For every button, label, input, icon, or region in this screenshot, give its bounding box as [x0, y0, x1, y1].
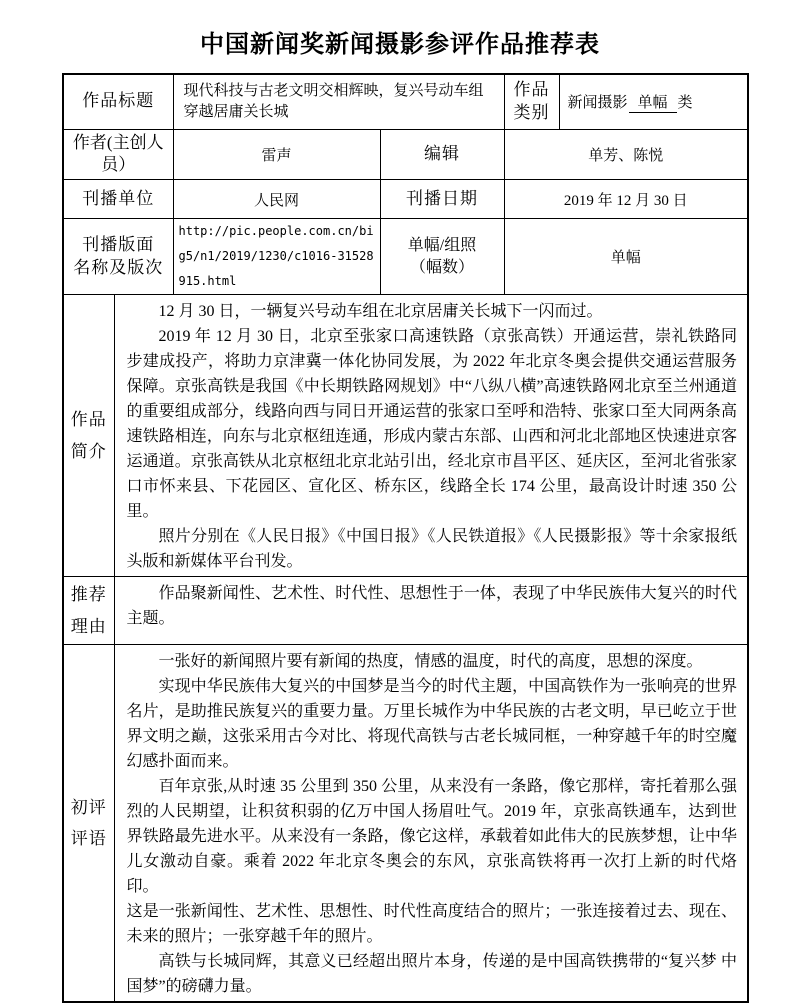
intro-paragraph: 2019 年 12 月 30 日，北京至张家口高速铁路（京张高铁）开通运营，崇礼… — [127, 324, 738, 524]
row-work-intro: 作品 简介 12 月 30 日，一辆复兴号动车组在北京居庸关长城下一闪而过。 2… — [63, 295, 748, 577]
field-label-author: 作者(主创人 员） — [63, 129, 173, 180]
field-label-work-intro: 作品 简介 — [63, 295, 114, 577]
field-value-recommend-reason: 作品聚新闻性、艺术性、时代性、思想性于一体，表现了中华民族伟大复兴的时代主题。 — [114, 577, 748, 645]
reason-paragraph: 作品聚新闻性、艺术性、时代性、思想性于一体，表现了中华民族伟大复兴的时代主题。 — [127, 581, 738, 631]
field-label-recommend-reason: 推荐 理由 — [63, 577, 114, 645]
row-publisher: 刊播单位 人民网 刊播日期 2019 年 12 月 30 日 — [63, 180, 748, 219]
field-value-publisher: 人民网 — [173, 180, 380, 219]
review-paragraph: 一张好的新闻照片要有新闻的热度，情感的温度，时代的高度，思想的深度。 — [127, 649, 738, 674]
field-value-category: 新闻摄影单幅类 — [559, 74, 748, 129]
category-prefix: 新闻摄影 — [568, 95, 628, 111]
field-value-work-intro: 12 月 30 日，一辆复兴号动车组在北京居庸关长城下一闪而过。 2019 年 … — [114, 295, 748, 577]
field-label-frame-count: 单幅/组照 （幅数） — [380, 219, 504, 295]
field-value-frame-count: 单幅 — [504, 219, 748, 295]
field-value-author: 雷声 — [173, 129, 380, 180]
intro-paragraph: 12 月 30 日，一辆复兴号动车组在北京居庸关长城下一闪而过。 — [127, 299, 738, 324]
field-label-publisher: 刊播单位 — [63, 180, 173, 219]
category-underlined-value: 单幅 — [629, 91, 677, 113]
review-paragraph: 百年京张,从时速 35 公里到 350 公里，从来没有一条路，像它那样，寄托着那… — [127, 774, 738, 899]
field-value-work-title: 现代科技与古老文明交相辉映，复兴号动车组穿越居庸关长城 — [173, 74, 504, 129]
field-value-page-url: http://pic.people.com.cn/big5/n1/2019/12… — [173, 219, 380, 295]
field-value-editor: 单芳、陈悦 — [504, 129, 748, 180]
review-paragraph: 高铁与长城同辉，其意义已经超出照片本身，传递的是中国高铁携带的“复兴梦 中国梦”… — [127, 949, 738, 999]
field-label-initial-review: 初评 评语 — [63, 645, 114, 1003]
row-publish-page: 刊播版面 名称及版次 http://pic.people.com.cn/big5… — [63, 219, 748, 295]
recommendation-form-table: 作品标题 现代科技与古老文明交相辉映，复兴号动车组穿越居庸关长城 作品 类别 新… — [62, 73, 749, 1003]
field-value-initial-review: 一张好的新闻照片要有新闻的热度，情感的温度，时代的高度，思想的深度。 实现中华民… — [114, 645, 748, 1003]
row-work-title: 作品标题 现代科技与古老文明交相辉映，复兴号动车组穿越居庸关长城 作品 类别 新… — [63, 74, 748, 129]
row-initial-review: 初评 评语 一张好的新闻照片要有新闻的热度，情感的温度，时代的高度，思想的深度。… — [63, 645, 748, 1003]
field-label-work-title: 作品标题 — [63, 74, 173, 129]
field-label-category: 作品 类别 — [504, 74, 559, 129]
field-label-page-name: 刊播版面 名称及版次 — [63, 219, 173, 295]
intro-paragraph: 照片分别在《人民日报》《中国日报》《人民铁道报》《人民摄影报》等十余家报纸头版和… — [127, 524, 738, 574]
field-value-publish-date: 2019 年 12 月 30 日 — [504, 180, 748, 219]
document-page: { "page_title": "中国新闻奖新闻摄影参评作品推荐表", "tab… — [0, 0, 800, 940]
page-title: 中国新闻奖新闻摄影参评作品推荐表 — [0, 24, 800, 59]
field-label-publish-date: 刊播日期 — [380, 180, 504, 219]
row-recommend-reason: 推荐 理由 作品聚新闻性、艺术性、时代性、思想性于一体，表现了中华民族伟大复兴的… — [63, 577, 748, 645]
row-author: 作者(主创人 员） 雷声 编辑 单芳、陈悦 — [63, 129, 748, 180]
review-paragraph: 实现中华民族伟大复兴的中国梦是当今的时代主题，中国高铁作为一张响亮的世界名片，是… — [127, 674, 738, 774]
field-label-editor: 编辑 — [380, 129, 504, 180]
review-paragraph: 这是一张新闻性、艺术性、思想性、时代性高度结合的照片；一张连接着过去、现在、未来… — [127, 899, 738, 949]
category-suffix: 类 — [678, 95, 693, 111]
